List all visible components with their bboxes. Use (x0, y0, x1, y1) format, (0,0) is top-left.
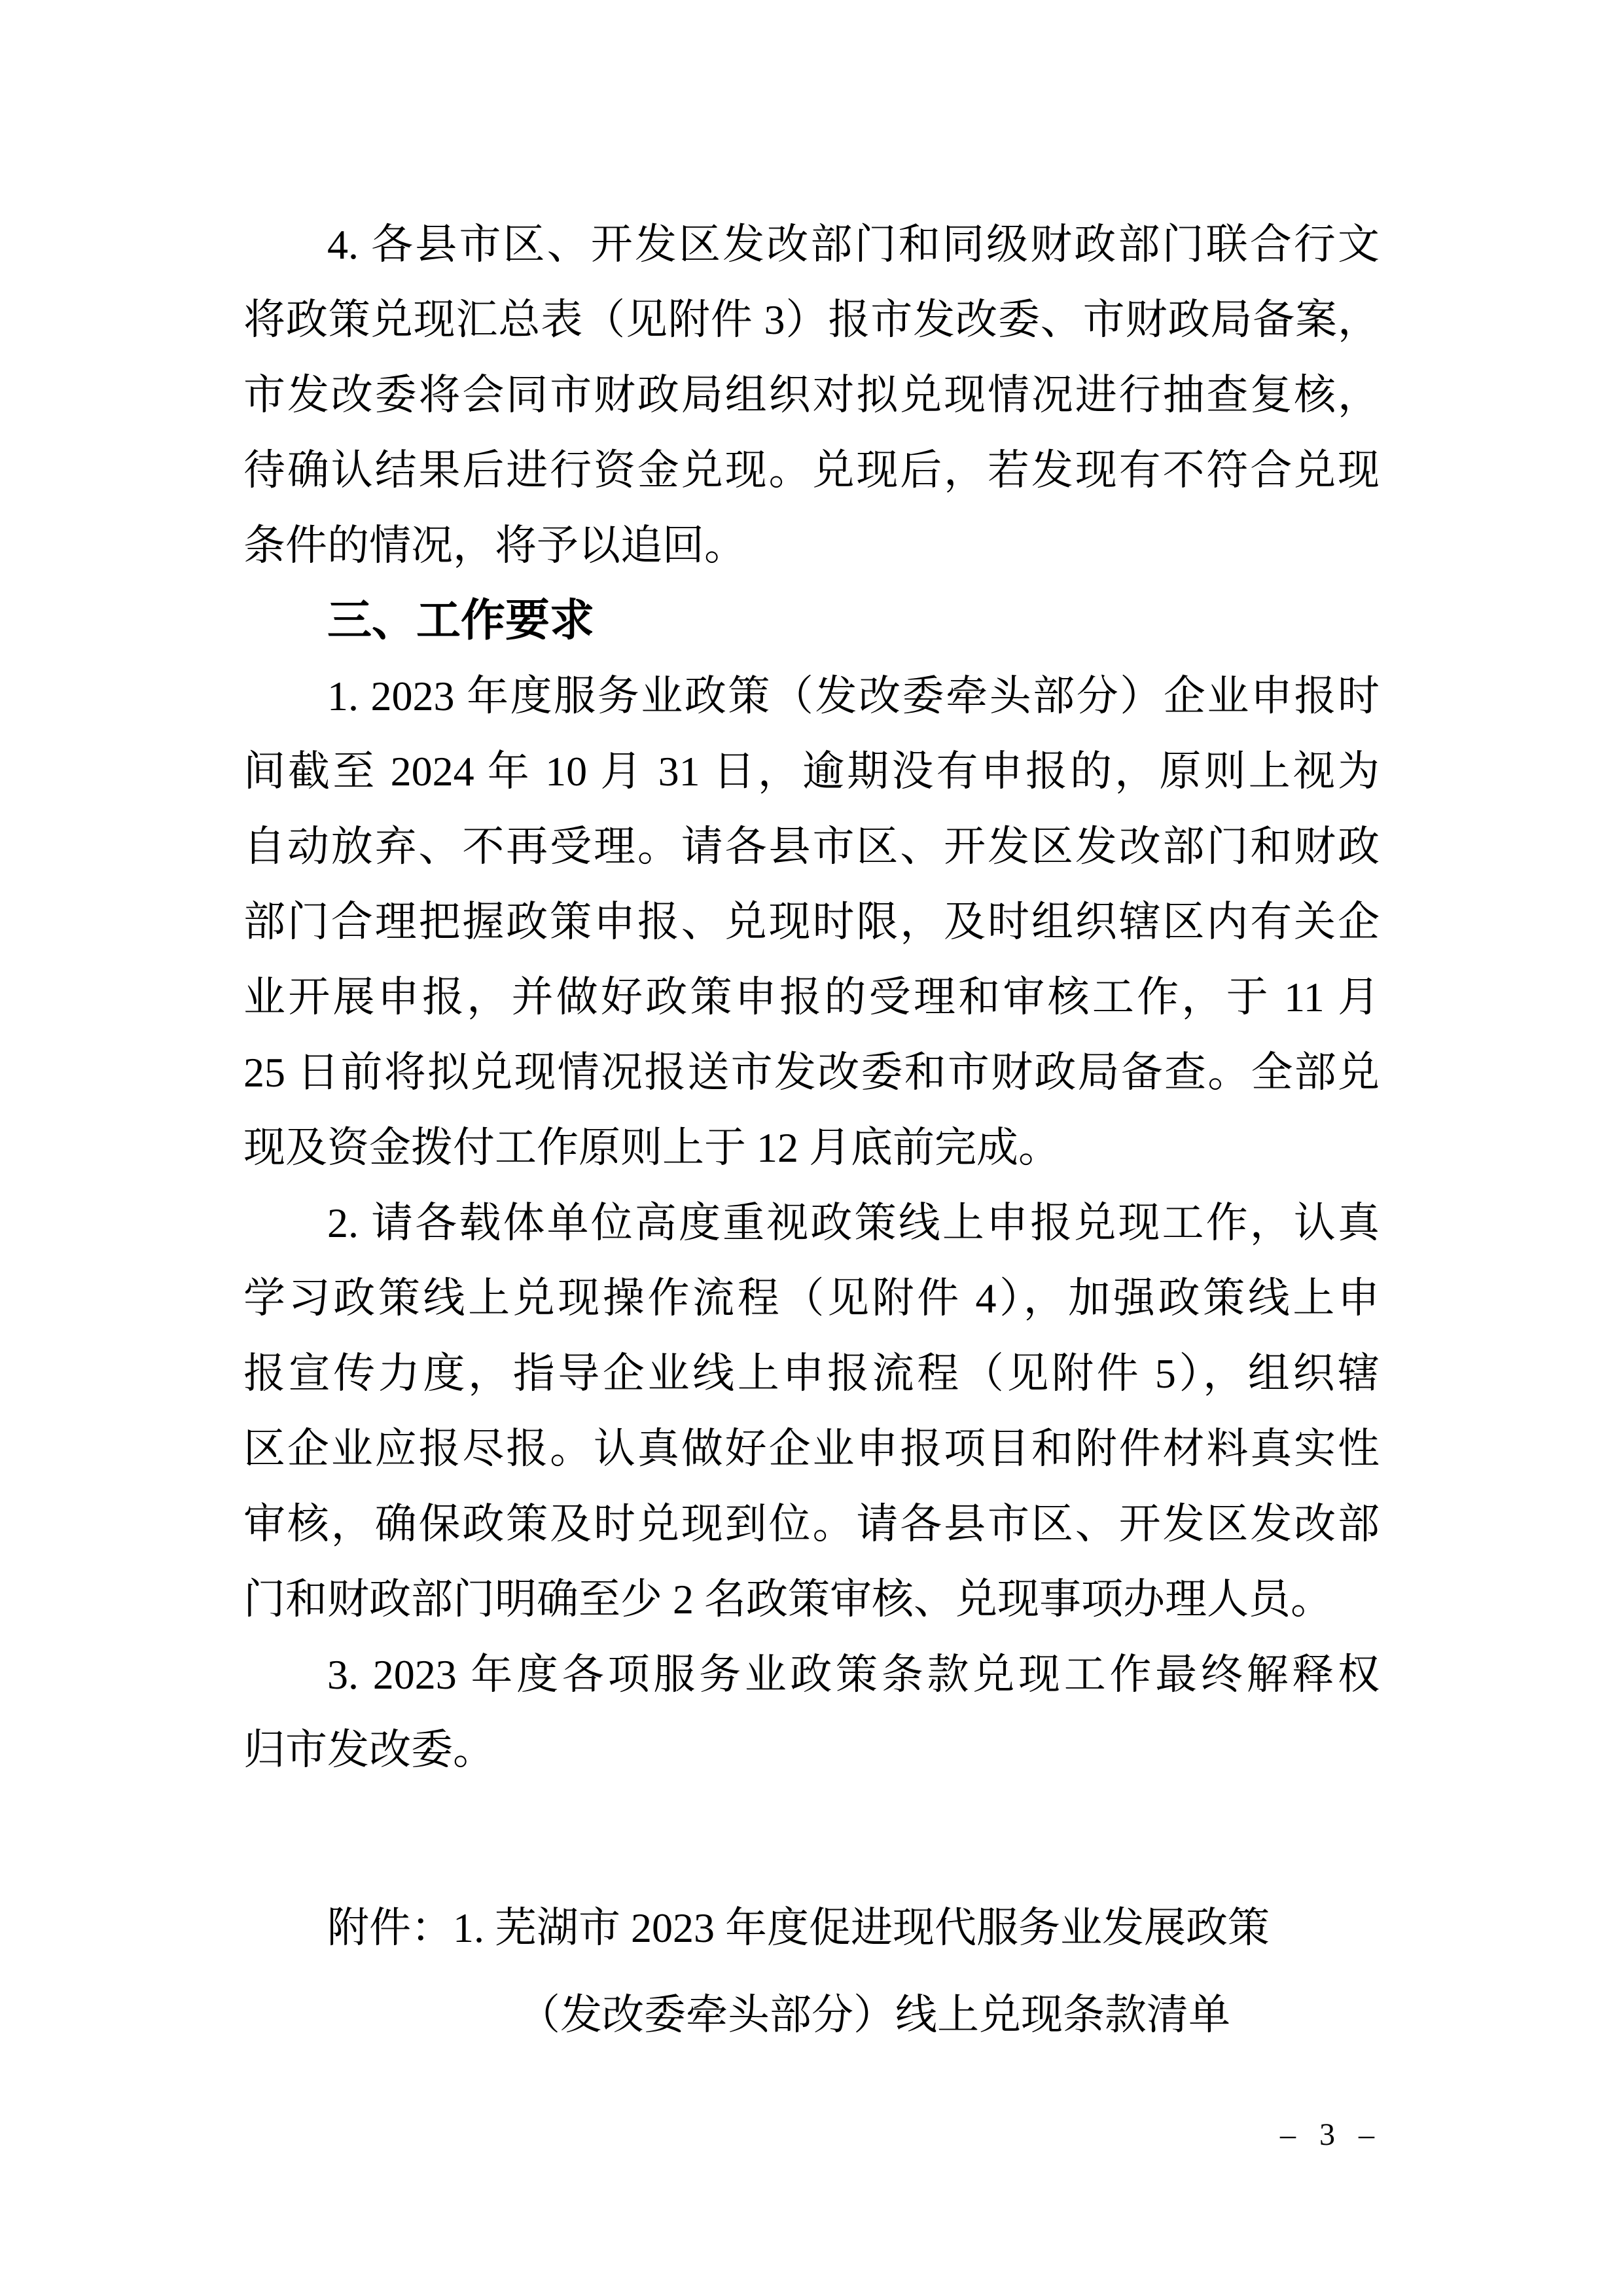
body-line: 1. 2023 年度服务业政策（发改委牵头部分）企业申报时 (243, 658, 1380, 734)
body-line: 归市发改委。 (243, 1712, 1380, 1787)
body-line: 业开展申报，并做好政策申报的受理和审核工作，于 11 月 (243, 960, 1380, 1035)
body-line: 条件的情况，将予以追回。 (243, 508, 1380, 583)
attachment-list: 附件：1. 芜湖市 2023 年度促进现代服务业发展政策 （发改委牵头部分）线上… (243, 1884, 1380, 2058)
document-body: 4. 各县市区、开发区发改部门和同级财政部门联合行文 将政策兑现汇总表（见附件 … (243, 207, 1380, 2058)
body-line: 间截至 2024 年 10 月 31 日，逾期没有申报的，原则上视为 (243, 734, 1380, 809)
blank-line (243, 1787, 1380, 1884)
document-page: 4. 各县市区、开发区发改部门和同级财政部门联合行文 将政策兑现汇总表（见附件 … (0, 0, 1623, 2296)
paragraph-point-3: 3. 2023 年度各项服务业政策条款兑现工作最终解释权 归市发改委。 (243, 1637, 1380, 1787)
body-line: 待确认结果后进行资金兑现。兑现后，若发现有不符合兑现 (243, 433, 1380, 508)
page-number: – 3 – (1280, 2119, 1374, 2151)
body-line: 报宣传力度，指导企业线上申报流程（见附件 5），组织辖 (243, 1336, 1380, 1411)
body-line: 2. 请各载体单位高度重视政策线上申报兑现工作，认真 (243, 1185, 1380, 1261)
body-line: 区企业应报尽报。认真做好企业申报项目和附件材料真实性 (243, 1411, 1380, 1486)
section-heading-work-requirements: 三、工作要求 (243, 583, 1380, 658)
body-line: 门和财政部门明确至少 2 名政策审核、兑现事项办理人员。 (243, 1562, 1380, 1637)
paragraph-point-1: 1. 2023 年度服务业政策（发改委牵头部分）企业申报时 间截至 2024 年… (243, 658, 1380, 1185)
attachment-line-1: 附件：1. 芜湖市 2023 年度促进现代服务业发展政策 (243, 1884, 1380, 1971)
body-line: 将政策兑现汇总表（见附件 3）报市发改委、市财政局备案， (243, 282, 1380, 357)
attachment-line-2: （发改委牵头部分）线上兑现条款清单 (243, 1971, 1380, 2058)
body-line: 审核，确保政策及时兑现到位。请各县市区、开发区发改部 (243, 1486, 1380, 1562)
body-line: 市发改委将会同市财政局组织对拟兑现情况进行抽查复核， (243, 357, 1380, 433)
paragraph-point-4: 4. 各县市区、开发区发改部门和同级财政部门联合行文 将政策兑现汇总表（见附件 … (243, 207, 1380, 583)
body-line: 25 日前将拟兑现情况报送市发改委和市财政局备查。全部兑 (243, 1035, 1380, 1110)
body-line: 自动放弃、不再受理。请各县市区、开发区发改部门和财政 (243, 809, 1380, 884)
body-line: 学习政策线上兑现操作流程（见附件 4），加强政策线上申 (243, 1261, 1380, 1336)
body-line: 部门合理把握政策申报、兑现时限，及时组织辖区内有关企 (243, 884, 1380, 960)
paragraph-point-2: 2. 请各载体单位高度重视政策线上申报兑现工作，认真 学习政策线上兑现操作流程（… (243, 1185, 1380, 1637)
body-line: 3. 2023 年度各项服务业政策条款兑现工作最终解释权 (243, 1637, 1380, 1712)
body-line: 4. 各县市区、开发区发改部门和同级财政部门联合行文 (243, 207, 1380, 282)
body-line: 现及资金拨付工作原则上于 12 月底前完成。 (243, 1110, 1380, 1185)
